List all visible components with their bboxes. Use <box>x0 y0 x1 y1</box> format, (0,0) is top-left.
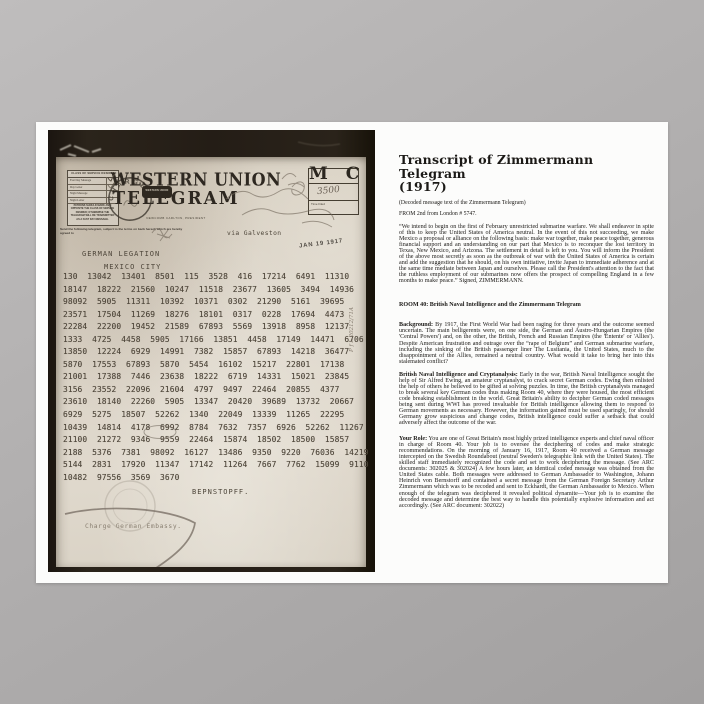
telegram-paper: CLASS OF SERVICE DESIRED Fast Day Messag… <box>56 157 366 567</box>
handwriting-scribble <box>282 173 304 187</box>
telegram-photo: CLASS OF SERVICE DESIRED Fast Day Messag… <box>48 130 375 572</box>
pencil-swoosh <box>65 508 195 567</box>
subtitle: (Decoded message text of the Zimmermann … <box>399 200 654 206</box>
decoded-message-paragraph: “We intend to begin on the first of Febr… <box>399 224 654 284</box>
faint-round-stamp-inner <box>113 489 147 523</box>
from-line: FROM 2nd from London # 5747. <box>399 211 654 217</box>
class-box-checkmark <box>108 182 115 188</box>
background-text: By 1917, the First World War had been ra… <box>399 322 654 364</box>
handwriting-scribble <box>302 221 332 227</box>
room40-section-heading: ROOM 40: British Naval Intelligence and … <box>399 302 654 308</box>
your-role-text: You are one of Great Britain's most high… <box>399 436 654 509</box>
handwriting-scribble <box>157 230 170 241</box>
handwriting-scribble <box>226 189 308 199</box>
pencil-marks-overlay <box>56 157 366 567</box>
background-paragraph: Background: By 1917, the First World War… <box>399 322 654 364</box>
poster: CLASS OF SERVICE DESIRED Fast Day Messag… <box>36 122 668 583</box>
transcript-column: Transcript of Zimmermann Telegram (1917)… <box>399 153 654 509</box>
handwriting-scribble <box>242 209 334 220</box>
cryptanalysis-paragraph: British Naval Intelligence and Cryptanal… <box>399 372 654 426</box>
cryptanalysis-text: Early in the war, British Naval Intellig… <box>399 372 654 426</box>
your-role-paragraph: Your Role: You are one of Great Britain'… <box>399 436 654 509</box>
pencil-circle-around-6992 <box>144 426 176 439</box>
handwriting-scribble <box>152 229 172 238</box>
page-title: Transcript of Zimmermann Telegram (1917) <box>399 153 654 194</box>
class-box-checkmark <box>108 174 115 181</box>
